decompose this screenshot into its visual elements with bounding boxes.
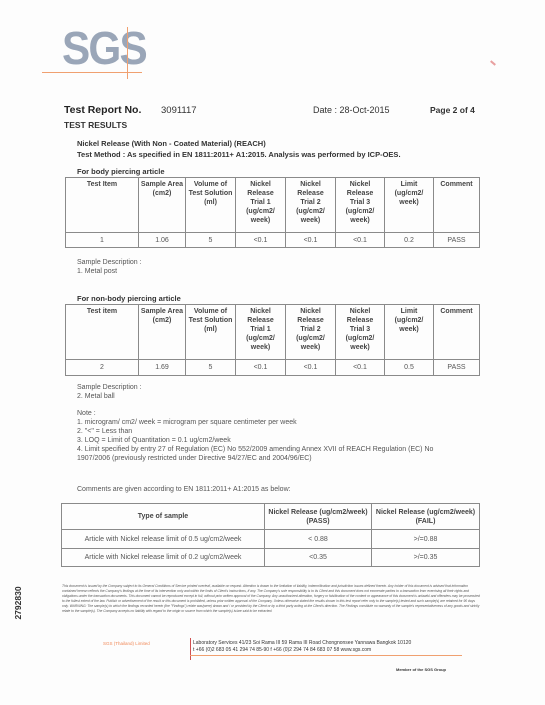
header-line: (ug/cm2/ (237, 334, 284, 343)
header-line: (cm2) (140, 316, 184, 325)
header-line: (ug/cm2/ (386, 316, 432, 325)
table-cell: Article with Nickel release limit of 0.2… (62, 549, 265, 567)
header-line: Sample Area (140, 180, 184, 189)
header-line: Test Solution (187, 316, 234, 325)
column-header: NickelReleaseTrial 3(ug/cm2/week) (336, 178, 385, 233)
header-line: Comment (435, 307, 478, 316)
column-header: Comment (434, 178, 480, 233)
header-line: Nickel Release (ug/cm2/week) (372, 508, 479, 517)
table-cell: <0.1 (236, 233, 286, 248)
test-title: Nickel Release (With Non - Coated Materi… (77, 139, 266, 148)
column-header: NickelReleaseTrial 3(ug/cm2/week) (336, 305, 385, 360)
header-line: week) (237, 216, 284, 225)
table-cell: 5 (186, 360, 236, 376)
column-header: Volume ofTest Solution(ml) (186, 178, 236, 233)
header-line: Trial 3 (337, 198, 383, 207)
comments-intro: Comments are given according to EN 1811:… (77, 485, 291, 494)
header-line: week) (386, 325, 432, 334)
column-header: Nickel Release (ug/cm2/week)(FAIL) (372, 504, 480, 530)
header-line: Test Solution (187, 189, 234, 198)
table1-caption: For body piercing article (77, 167, 165, 176)
header-line: Nickel (337, 180, 383, 189)
header-line: Release (337, 189, 383, 198)
header-line: (FAIL) (372, 517, 479, 526)
note-item: 2. "<" = Less than (77, 427, 487, 436)
table-cell: <0.35 (265, 549, 372, 567)
table-cell: 0.5 (385, 360, 434, 376)
legal-disclaimer: This document is issued by the Company s… (62, 584, 482, 614)
report-number: 3091117 (161, 105, 197, 116)
header-line: Trial 2 (287, 198, 334, 207)
header-line: Nickel Release (ug/cm2/week) (265, 508, 371, 517)
note-item: 4. Limit specified by entry 27 of Regula… (77, 445, 487, 454)
header-line: Trial 2 (287, 325, 334, 334)
header-line: Trial 1 (237, 198, 284, 207)
header-line: week) (237, 343, 284, 352)
header-line: week) (337, 216, 383, 225)
test-method: Test Method : As specified in EN 1811:20… (77, 150, 401, 159)
table-row: Article with Nickel release limit of 0.2… (62, 549, 480, 567)
table-row: Article with Nickel release limit of 0.5… (62, 530, 480, 549)
header-line: (ug/cm2/ (386, 189, 432, 198)
table-cell: <0.1 (286, 360, 336, 376)
table-header-row: Test itemSample Area(cm2)Volume ofTest S… (66, 305, 480, 360)
table-cell: <0.1 (336, 233, 385, 248)
table2-sample-desc-label: Sample Description : (77, 383, 142, 392)
column-header: NickelReleaseTrial 2(ug/cm2/week) (286, 178, 336, 233)
table-cell: >/=0.88 (372, 530, 480, 549)
footer-divider-vertical (190, 638, 191, 660)
column-header: Test Item (66, 178, 139, 233)
header-line: Nickel (237, 307, 284, 316)
section-title: TEST RESULTS (64, 120, 127, 130)
logo-divider (127, 27, 128, 79)
table-cell: PASS (434, 360, 480, 376)
header-line: week) (386, 198, 432, 207)
header-line: Sample Area (140, 307, 184, 316)
scan-mark (490, 60, 496, 65)
header-line: Nickel (337, 307, 383, 316)
header-line: Trial 1 (237, 325, 284, 334)
header-line: Test item (67, 307, 137, 316)
note-item: 1. microgram/ cm2/ week = microgram per … (77, 418, 487, 427)
column-header: NickelReleaseTrial 1(ug/cm2/week) (236, 305, 286, 360)
header-line: (PASS) (265, 517, 371, 526)
comments-criteria-table: Type of sampleNickel Release (ug/cm2/wee… (61, 503, 480, 567)
table-cell: >/=0.35 (372, 549, 480, 567)
table-cell: 5 (186, 233, 236, 248)
document-id: 2792830 (13, 573, 23, 633)
header-line: Release (287, 189, 334, 198)
header-line: week) (287, 216, 334, 225)
footer-member: Member of the SGS Group (396, 667, 446, 672)
table-cell: < 0.88 (265, 530, 372, 549)
table-header-row: Test ItemSample Area(cm2)Volume ofTest S… (66, 178, 480, 233)
table1-sample-desc: 1. Metal post (77, 267, 117, 276)
column-header: Limit(ug/cm2/week) (385, 305, 434, 360)
header-line: Limit (386, 307, 432, 316)
table-row: 21.695<0.1<0.1<0.10.5PASS (66, 360, 480, 376)
header-line: (ug/cm2/ (287, 207, 334, 216)
table-cell: 2 (66, 360, 139, 376)
footer-contact: t +66 (0)2 683 05 41 294 74 85-90 f +66 … (193, 647, 371, 653)
header-line: Volume of (187, 307, 234, 316)
table-cell: <0.1 (236, 360, 286, 376)
notes-label: Note : (77, 409, 96, 418)
table-cell: 0.2 (385, 233, 434, 248)
footer-address: Laboratory Services 41/23 Soi Rama III 5… (193, 640, 411, 646)
column-header: Sample Area(cm2) (139, 178, 186, 233)
header-line: Release (237, 316, 284, 325)
header-line: (cm2) (140, 189, 184, 198)
column-header: Limit(ug/cm2/week) (385, 178, 434, 233)
report-date: Date : 28-Oct-2015 (313, 105, 390, 115)
table-cell: Article with Nickel release limit of 0.5… (62, 530, 265, 549)
header-line: Limit (386, 180, 432, 189)
sgs-logo: SGS (62, 22, 146, 74)
notes-list: 1. microgram/ cm2/ week = microgram per … (77, 418, 487, 463)
column-header: Volume ofTest Solution(ml) (186, 305, 236, 360)
column-header: NickelReleaseTrial 1(ug/cm2/week) (236, 178, 286, 233)
header-line: (ml) (187, 325, 234, 334)
header-line: week) (287, 343, 334, 352)
header-line: (ug/cm2/ (237, 207, 284, 216)
header-line: Test Item (67, 180, 137, 189)
header-line: Nickel (237, 180, 284, 189)
table-header-row: Type of sampleNickel Release (ug/cm2/wee… (62, 504, 480, 530)
note-item: 3. LOQ = Limit of Quantitation = 0.1 ug/… (77, 436, 487, 445)
header-line: (ug/cm2/ (337, 334, 383, 343)
header-line: (ug/cm2/ (287, 334, 334, 343)
table-cell: <0.1 (336, 360, 385, 376)
header-line: Release (287, 316, 334, 325)
header-line: Type of sample (62, 512, 264, 521)
column-header: Test item (66, 305, 139, 360)
header-line: Nickel (287, 307, 334, 316)
header-line: Comment (435, 180, 478, 189)
column-header: Nickel Release (ug/cm2/week)(PASS) (265, 504, 372, 530)
header-line: week) (337, 343, 383, 352)
column-header: Sample Area(cm2) (139, 305, 186, 360)
table-cell: 1.69 (139, 360, 186, 376)
footer-company: SGS (Thailand) Limited (103, 641, 150, 646)
column-header: Type of sample (62, 504, 265, 530)
table-cell: 1 (66, 233, 139, 248)
header-line: Nickel (287, 180, 334, 189)
column-header: NickelReleaseTrial 2(ug/cm2/week) (286, 305, 336, 360)
body-piercing-results-table: Test ItemSample Area(cm2)Volume ofTest S… (65, 177, 480, 248)
table1-sample-desc-label: Sample Description : (77, 258, 142, 267)
table-row: 11.065<0.1<0.1<0.10.2PASS (66, 233, 480, 248)
table2-caption: For non-body piercing article (77, 294, 181, 303)
header-line: Release (237, 189, 284, 198)
header-line: Volume of (187, 180, 234, 189)
header-line: Release (337, 316, 383, 325)
report-number-label: Test Report No. (64, 104, 141, 116)
header-line: (ml) (187, 198, 234, 207)
header-line: Trial 3 (337, 325, 383, 334)
page-indicator: Page 2 of 4 (430, 105, 475, 115)
note-item: 1907/2006 (previously restricted under D… (77, 454, 487, 463)
footer-divider-horizontal (190, 655, 462, 656)
table2-sample-desc: 2. Metal ball (77, 392, 115, 401)
table-cell: <0.1 (286, 233, 336, 248)
table-cell: PASS (434, 233, 480, 248)
header-line: (ug/cm2/ (337, 207, 383, 216)
table-cell: 1.06 (139, 233, 186, 248)
non-body-piercing-results-table: Test itemSample Area(cm2)Volume ofTest S… (65, 304, 480, 376)
column-header: Comment (434, 305, 480, 360)
